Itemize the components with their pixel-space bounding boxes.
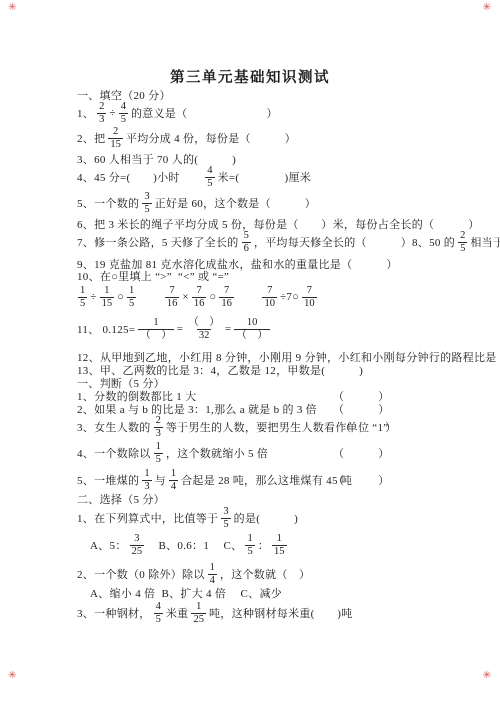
text-run: ，这个数就（ ） <box>220 566 310 582</box>
fraction: 716 <box>219 285 234 309</box>
text-run: ○ <box>209 291 216 303</box>
fraction: 35 <box>221 506 230 530</box>
fill-q11: 11、 0.125=1（ ）=（ ）32=10（ ） <box>77 313 273 345</box>
text-run: 吨，这种钢材每米重( )吨 <box>209 605 353 621</box>
text-run: 5、一堆煤的 <box>77 472 139 488</box>
text-run: ，这个数就缩小 5 倍 <box>166 445 268 461</box>
corner-mark-icon: ✳ <box>8 3 16 13</box>
fraction: 45 <box>119 101 128 125</box>
fraction-numerator: 7 <box>168 285 177 297</box>
fill-q10-expressions: 15÷115○15 716×716○716 710÷7○710 <box>75 281 320 313</box>
text-run <box>237 289 260 305</box>
text-run: 3、一种钢材， <box>77 605 151 621</box>
answer-parentheses: （ ） <box>340 419 397 435</box>
text-run: 4、一个数除以 <box>77 445 151 461</box>
text-run: 7、修一条公路，5 天修了全长的 <box>77 234 239 250</box>
fraction-numerator: 1 <box>194 601 203 613</box>
fraction-numerator: 2 <box>111 126 120 138</box>
fraction-numerator: 10 <box>245 317 260 329</box>
fraction-denominator: 5 <box>154 453 163 466</box>
fraction-numerator: 1 <box>154 441 163 453</box>
fraction-numerator: 4 <box>119 101 128 113</box>
text-run: = <box>225 323 232 335</box>
fraction-denominator: 5 <box>127 297 136 310</box>
text-run: 相当于 80 的（ ） <box>470 234 500 250</box>
answer-parentheses: （ ） <box>333 445 390 461</box>
choice-q3: 3、一种钢材，45米重125吨，这种钢材每米重( )吨 <box>77 598 353 628</box>
fraction-denominator: 5 <box>458 242 467 255</box>
fraction-numerator: 1 <box>127 285 136 297</box>
worksheet-page: ✳ ✳ ✳ ✳ 第三单元基础知识测试 一、填空（20 分）1、23÷45的意义是… <box>0 0 500 707</box>
fraction: 125 <box>191 601 206 625</box>
fraction: 710 <box>302 285 317 309</box>
text-run: ÷7○ <box>280 291 299 303</box>
text-run: 5、一个数的 <box>77 195 139 211</box>
text-run: 3、女生人数的 <box>77 419 151 435</box>
fraction: 45 <box>205 165 214 189</box>
fill-q7-q8: 7、修一条公路，5 天修了全长的56，平均每天修全长的（ ）8、50 的25相当… <box>77 227 500 257</box>
corner-mark-icon: ✳ <box>483 671 491 681</box>
fraction-denominator: 5 <box>221 518 230 531</box>
fraction: 716 <box>192 285 207 309</box>
fraction: 115 <box>272 533 287 557</box>
fraction-denominator: 16 <box>165 297 180 310</box>
fraction-denominator: 5 <box>245 545 254 558</box>
fraction-denominator: 5 <box>154 613 163 626</box>
fraction-denominator: 15 <box>108 138 123 151</box>
fraction-denominator: 10 <box>262 297 277 310</box>
fraction-denominator: 32 <box>197 329 212 342</box>
fraction: 45 <box>154 601 163 625</box>
fraction-numerator: 2 <box>458 230 467 242</box>
fraction: 15 <box>127 285 136 309</box>
text-run: ○ <box>117 291 124 303</box>
fraction: 15 <box>78 285 87 309</box>
fraction-denominator: 25 <box>191 613 206 626</box>
fraction-denominator: （ ） <box>138 329 174 342</box>
text-run: 1、在下列算式中，比值等于 <box>77 510 218 526</box>
text-run: ，平均每天修全长的（ ）8、50 的 <box>254 234 455 250</box>
fraction-denominator: 5 <box>142 203 151 216</box>
text-run: 正好是 60，这个数是（ ） <box>155 195 317 211</box>
fraction-numerator: 1 <box>169 468 178 480</box>
fraction-numerator: 3 <box>132 533 141 545</box>
fraction-denominator: （ ） <box>234 329 270 342</box>
fraction-denominator: 10 <box>302 297 317 310</box>
fraction: 23 <box>154 415 163 439</box>
choice-q1-options: A、5：325 B、0.6：1 C、15：115 <box>90 530 290 560</box>
fraction: 23 <box>97 101 106 125</box>
answer-parentheses: （ ） <box>333 472 390 488</box>
fraction-numerator: 7 <box>222 285 231 297</box>
fraction-denominator: 16 <box>192 297 207 310</box>
corner-mark-icon: ✳ <box>483 3 491 13</box>
fraction-numerator: 1 <box>151 317 160 329</box>
fraction-numerator: 5 <box>242 230 251 242</box>
fraction-numerator: 1 <box>208 562 217 574</box>
fill-q2: 2、把215平均分成 4 份，每份是（ ） <box>77 123 296 153</box>
fraction: 710 <box>262 285 277 309</box>
fill-q5: 5、一个数的35正好是 60，这个数是（ ） <box>77 188 316 218</box>
judge-q4: 4、一个数除以15，这个数就缩小 5 倍（ ） <box>77 438 268 468</box>
fraction-numerator: 2 <box>97 101 106 113</box>
fraction-numerator: 3 <box>142 191 151 203</box>
fraction-numerator: 1 <box>102 285 111 297</box>
fraction-numerator: 1 <box>142 468 151 480</box>
text-run: 的是( ) <box>234 510 298 526</box>
fraction: 35 <box>142 191 151 215</box>
text-run: 的意义是（ ） <box>131 105 278 121</box>
text-run: 米重 <box>166 605 189 621</box>
fraction-numerator: 1 <box>78 285 87 297</box>
fraction: 25 <box>458 230 467 254</box>
fraction-numerator: 1 <box>275 533 284 545</box>
fraction: 10（ ） <box>234 317 270 341</box>
fraction-denominator: 5 <box>78 297 87 310</box>
text-run: 平均分成 4 份，每份是（ ） <box>126 130 296 146</box>
fraction-numerator: 3 <box>221 506 230 518</box>
text-run: × <box>182 291 189 303</box>
fraction: 1（ ） <box>138 317 174 341</box>
fraction: 325 <box>130 533 145 557</box>
text-run: 与 <box>155 472 166 488</box>
text-run <box>139 289 162 305</box>
text-run: = <box>177 323 184 335</box>
fraction: 15 <box>245 533 254 557</box>
text-run: 合起是 28 吨，那么这堆煤有 45 吨 <box>181 472 352 488</box>
text-run: ： <box>258 537 269 553</box>
text-run: 1、 <box>77 105 94 121</box>
text-run: 2、把 <box>77 130 105 146</box>
text-run: 米=( )厘米 <box>218 169 312 185</box>
fraction-numerator: 1 <box>245 533 254 545</box>
fraction-numerator: 4 <box>154 601 163 613</box>
fraction-denominator: 25 <box>130 545 145 558</box>
fraction: （ ）32 <box>186 317 222 341</box>
fraction-denominator: 15 <box>100 297 115 310</box>
fraction-numerator: 2 <box>154 415 163 427</box>
text-run: A、5： <box>90 537 127 553</box>
fraction-denominator: 6 <box>242 242 251 255</box>
fraction-numerator: 7 <box>195 285 204 297</box>
text-run: 4、45 分=( )小时 <box>77 169 202 185</box>
text-run: B、0.6：1 C、 <box>147 537 242 553</box>
fraction: 215 <box>108 126 123 150</box>
fraction: 14 <box>208 562 217 586</box>
fraction: 115 <box>100 285 115 309</box>
fraction: 14 <box>169 468 178 492</box>
fraction-numerator: （ ） <box>186 317 222 329</box>
fraction-denominator: 15 <box>272 545 287 558</box>
fraction-denominator: 16 <box>219 297 234 310</box>
text-run: ÷ <box>109 107 115 119</box>
fraction: 15 <box>154 441 163 465</box>
corner-mark-icon: ✳ <box>8 671 16 681</box>
text-run: ÷ <box>90 291 96 303</box>
fraction: 716 <box>165 285 180 309</box>
fraction-numerator: 7 <box>305 285 314 297</box>
fraction-numerator: 7 <box>265 285 274 297</box>
text-run: 11、 0.125= <box>77 321 135 337</box>
fraction-denominator: 4 <box>169 480 178 493</box>
choice-q1: 1、在下列算式中，比值等于35的是( ) <box>77 503 298 533</box>
text-run: 2、一个数（0 除外）除以 <box>77 566 205 582</box>
page-title: 第三单元基础知识测试 <box>0 66 500 87</box>
fraction: 56 <box>242 230 251 254</box>
fraction: 13 <box>142 468 151 492</box>
fraction-numerator: 4 <box>205 165 214 177</box>
